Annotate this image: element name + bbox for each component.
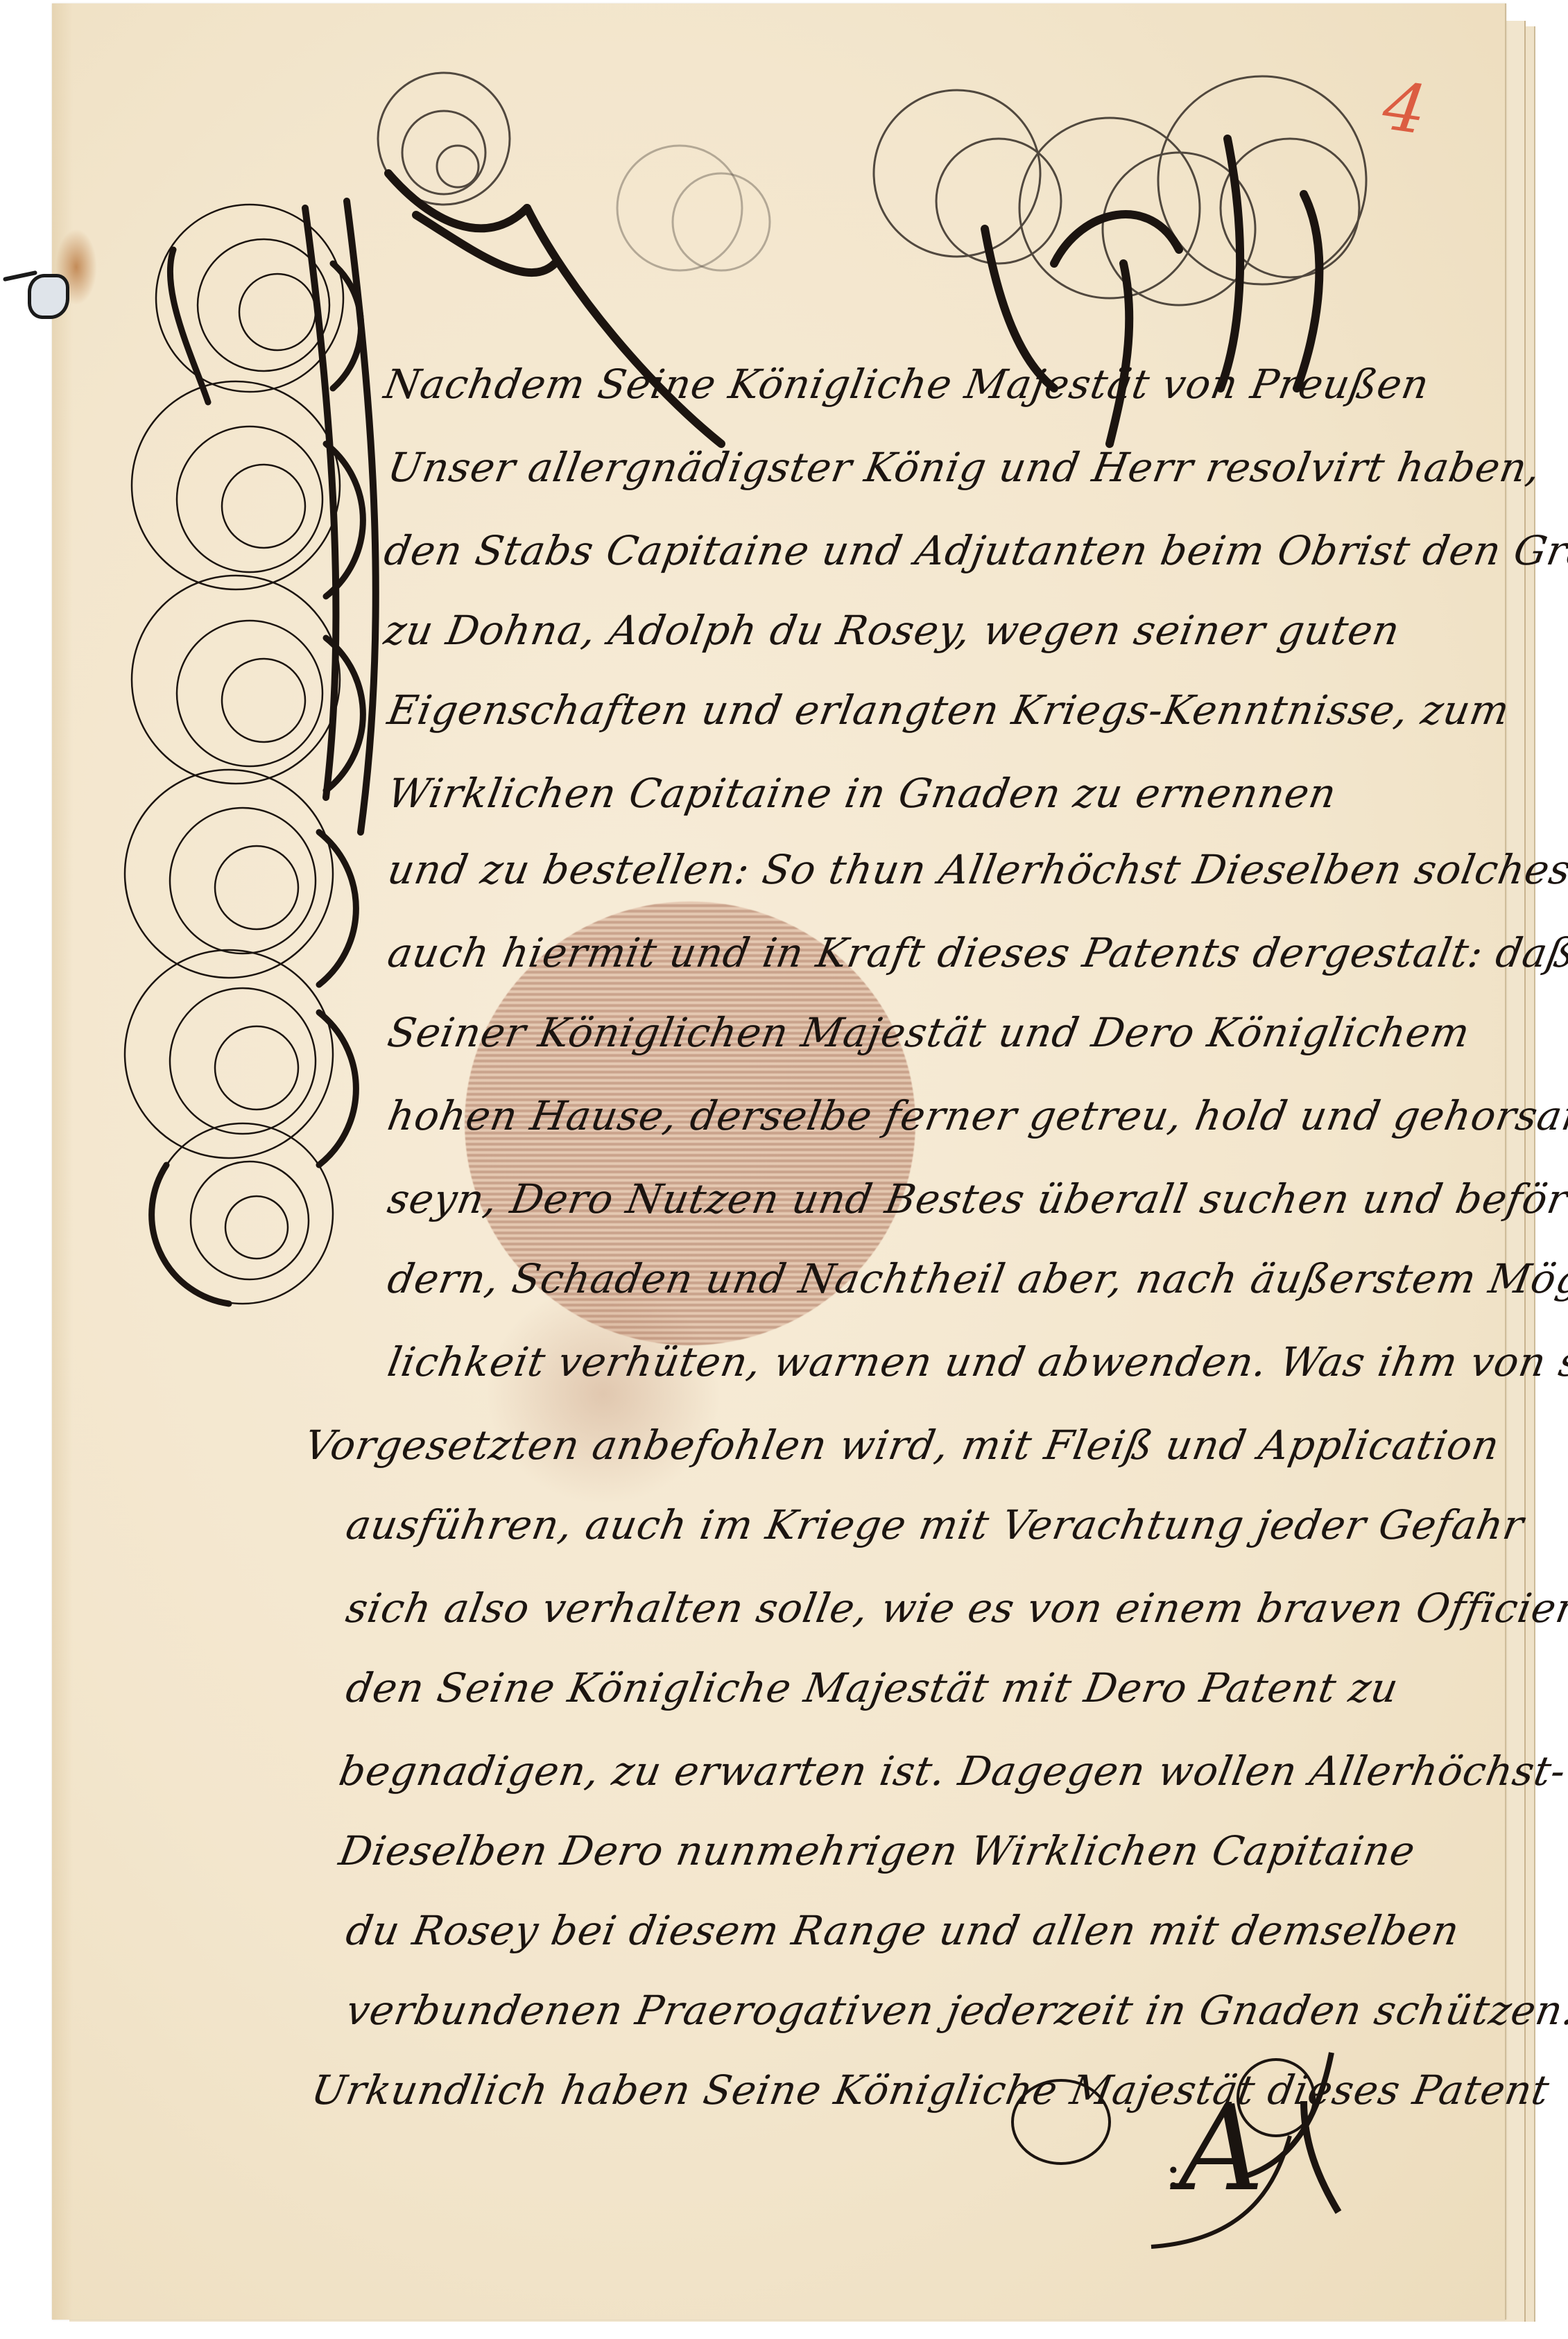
text-line-18: begnadigen, zu erwarten ist. Dagegen wol… (336, 1747, 1568, 1795)
text-line-2: Unser allergnädigster König und Herr res… (384, 444, 1544, 491)
text-line-6: Wirklichen Capitaine in Gnaden zu ernenn… (384, 770, 1341, 817)
text-line-20: du Rosey bei diesem Range und allen mit … (343, 1907, 1463, 1954)
text-line-13: lichkeit verhüten, warnen und abwenden. … (384, 1338, 1568, 1386)
text-line-7: und zu bestellen: So thun Allerhöchst Di… (384, 846, 1568, 893)
text-line-22: Urkundlich haben Seine Königliche Majest… (308, 2066, 1553, 2114)
text-line-5: Eigenschaften und erlangten Kriegs-Kennt… (384, 687, 1513, 734)
text-line-10: hohen Hause, derselbe ferner getreu, hol… (384, 1092, 1568, 1139)
text-line-14: Vorgesetzten anbefohlen wird, mit Fleiß … (301, 1422, 1504, 1469)
text-line-9: Seiner Königlichen Majestät und Dero Kön… (384, 1009, 1474, 1056)
text-line-1: Nachdem Seine Königliche Majestät von Pr… (381, 361, 1433, 408)
text-line-16: sich also verhalten solle, wie es von ei… (343, 1585, 1568, 1632)
text-line-8: auch hiermit und in Kraft dieses Patents… (384, 929, 1568, 976)
text-line-15: ausführen, auch im Kriege mit Verachtung… (343, 1501, 1528, 1548)
body-text: Nachdem Seine Königliche Majestät von Pr… (0, 0, 1568, 2339)
text-line-3: den Stabs Capitaine und Adjutanten beim … (381, 527, 1568, 574)
text-line-17: den Seine Königliche Majestät mit Dero P… (343, 1664, 1402, 1711)
text-line-19: Dieselben Dero nunmehrigen Wirklichen Ca… (336, 1827, 1419, 1874)
text-line-11: seyn, Dero Nutzen und Bestes überall suc… (384, 1175, 1568, 1223)
text-line-21: verbundenen Praerogativen jederzeit in G… (343, 1987, 1568, 2034)
text-line-4: zu Dohna, Adolph du Rosey, wegen seiner … (381, 607, 1404, 654)
text-line-12: dern, Schaden und Nachtheil aber, nach ä… (384, 1255, 1568, 1302)
signature-mark: A (1179, 2080, 1264, 2218)
